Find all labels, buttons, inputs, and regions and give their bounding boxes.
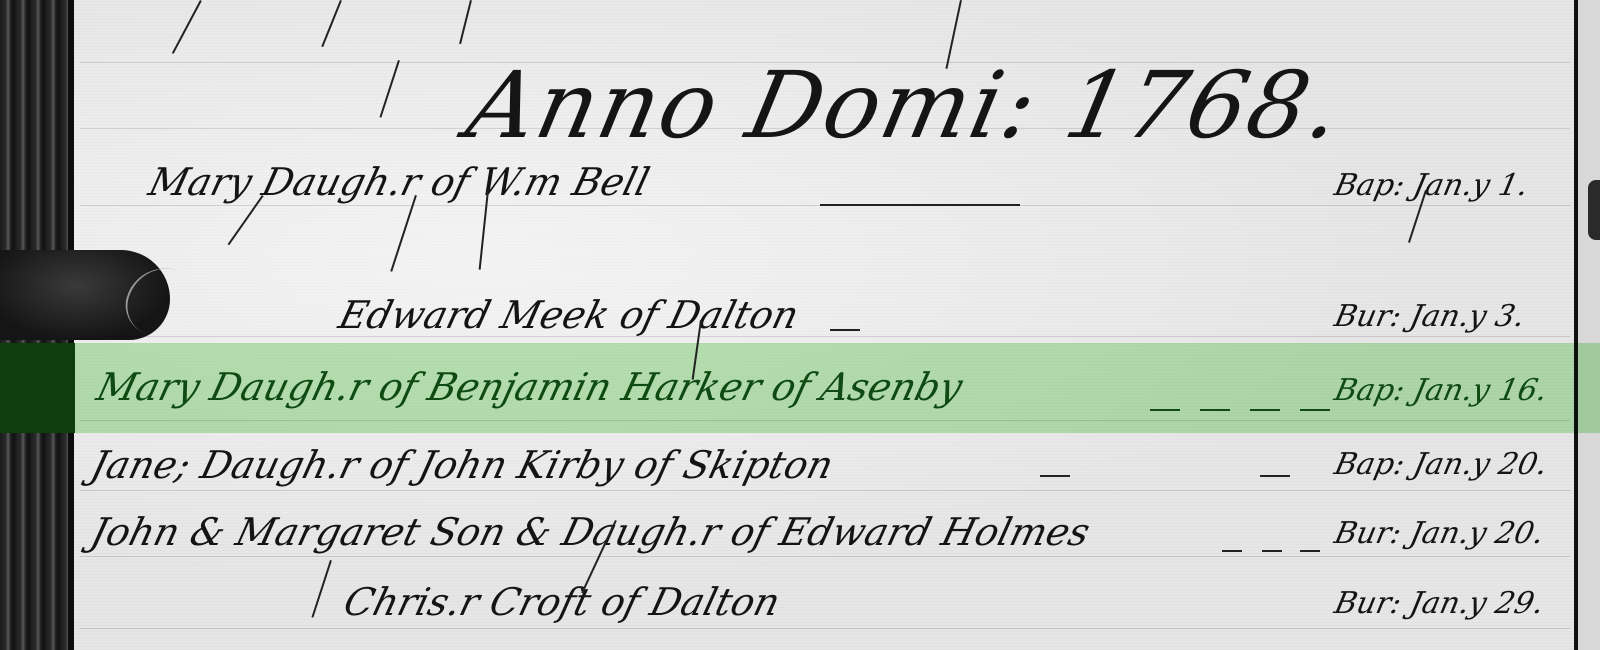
entry-event: Bur: Jan.y 20. <box>1331 516 1547 551</box>
entry-dash <box>1300 409 1330 411</box>
entry-event: Bap: Jan.y 16. <box>1331 373 1550 408</box>
entry-event: Bur: Jan.y 3. <box>1331 299 1528 334</box>
entry-event: Bap: Jan.y 20. <box>1331 447 1550 482</box>
page-heading: Anno Domi: 1768. <box>459 52 1353 159</box>
entry-dash <box>1300 550 1320 552</box>
entry-dash <box>1262 550 1282 552</box>
entry-dash <box>1200 409 1230 411</box>
register-entry-highlighted[interactable]: Mary Daugh.r of Benjamin Harker of Asenb… <box>0 365 1600 425</box>
entry-event: Bap: Jan.y 1. <box>1331 168 1531 203</box>
ink-stroke <box>321 0 342 47</box>
register-entry: Mary Daugh.r of W.m Bell Bap: Jan.y 1. <box>0 160 1600 220</box>
entry-name: Edward Meek of Dalton <box>335 293 804 337</box>
entry-event: Bur: Jan.y 29. <box>1331 586 1547 621</box>
entry-dash <box>820 204 1020 206</box>
register-entry: Chris.r Croft of Dalton Bur: Jan.y 29. <box>0 580 1600 640</box>
entry-dash <box>1250 409 1280 411</box>
ink-stroke <box>459 0 472 44</box>
entry-dash <box>1040 475 1070 477</box>
entry-dash <box>830 329 860 331</box>
register-entry: Jane; Daugh.r of John Kirby of Skipton B… <box>0 443 1600 503</box>
entry-dash <box>1222 550 1242 552</box>
ink-stroke <box>172 0 202 54</box>
entry-dash <box>1150 409 1180 411</box>
register-page: Anno Domi: 1768. Mary Daugh.r of W.m Bel… <box>0 0 1600 650</box>
ink-stroke <box>379 60 399 118</box>
entry-name: John & Margaret Son & Daugh.r of Edward … <box>87 510 1095 554</box>
register-entry: John & Margaret Son & Daugh.r of Edward … <box>0 510 1600 570</box>
entry-name: Mary Daugh.r of Benjamin Harker of Asenb… <box>93 365 968 409</box>
entry-dash <box>1260 475 1290 477</box>
entry-name: Chris.r Croft of Dalton <box>340 580 785 624</box>
entry-name: Jane; Daugh.r of John Kirby of Skipton <box>87 443 838 487</box>
entry-name: Mary Daugh.r of W.m Bell <box>145 160 654 204</box>
